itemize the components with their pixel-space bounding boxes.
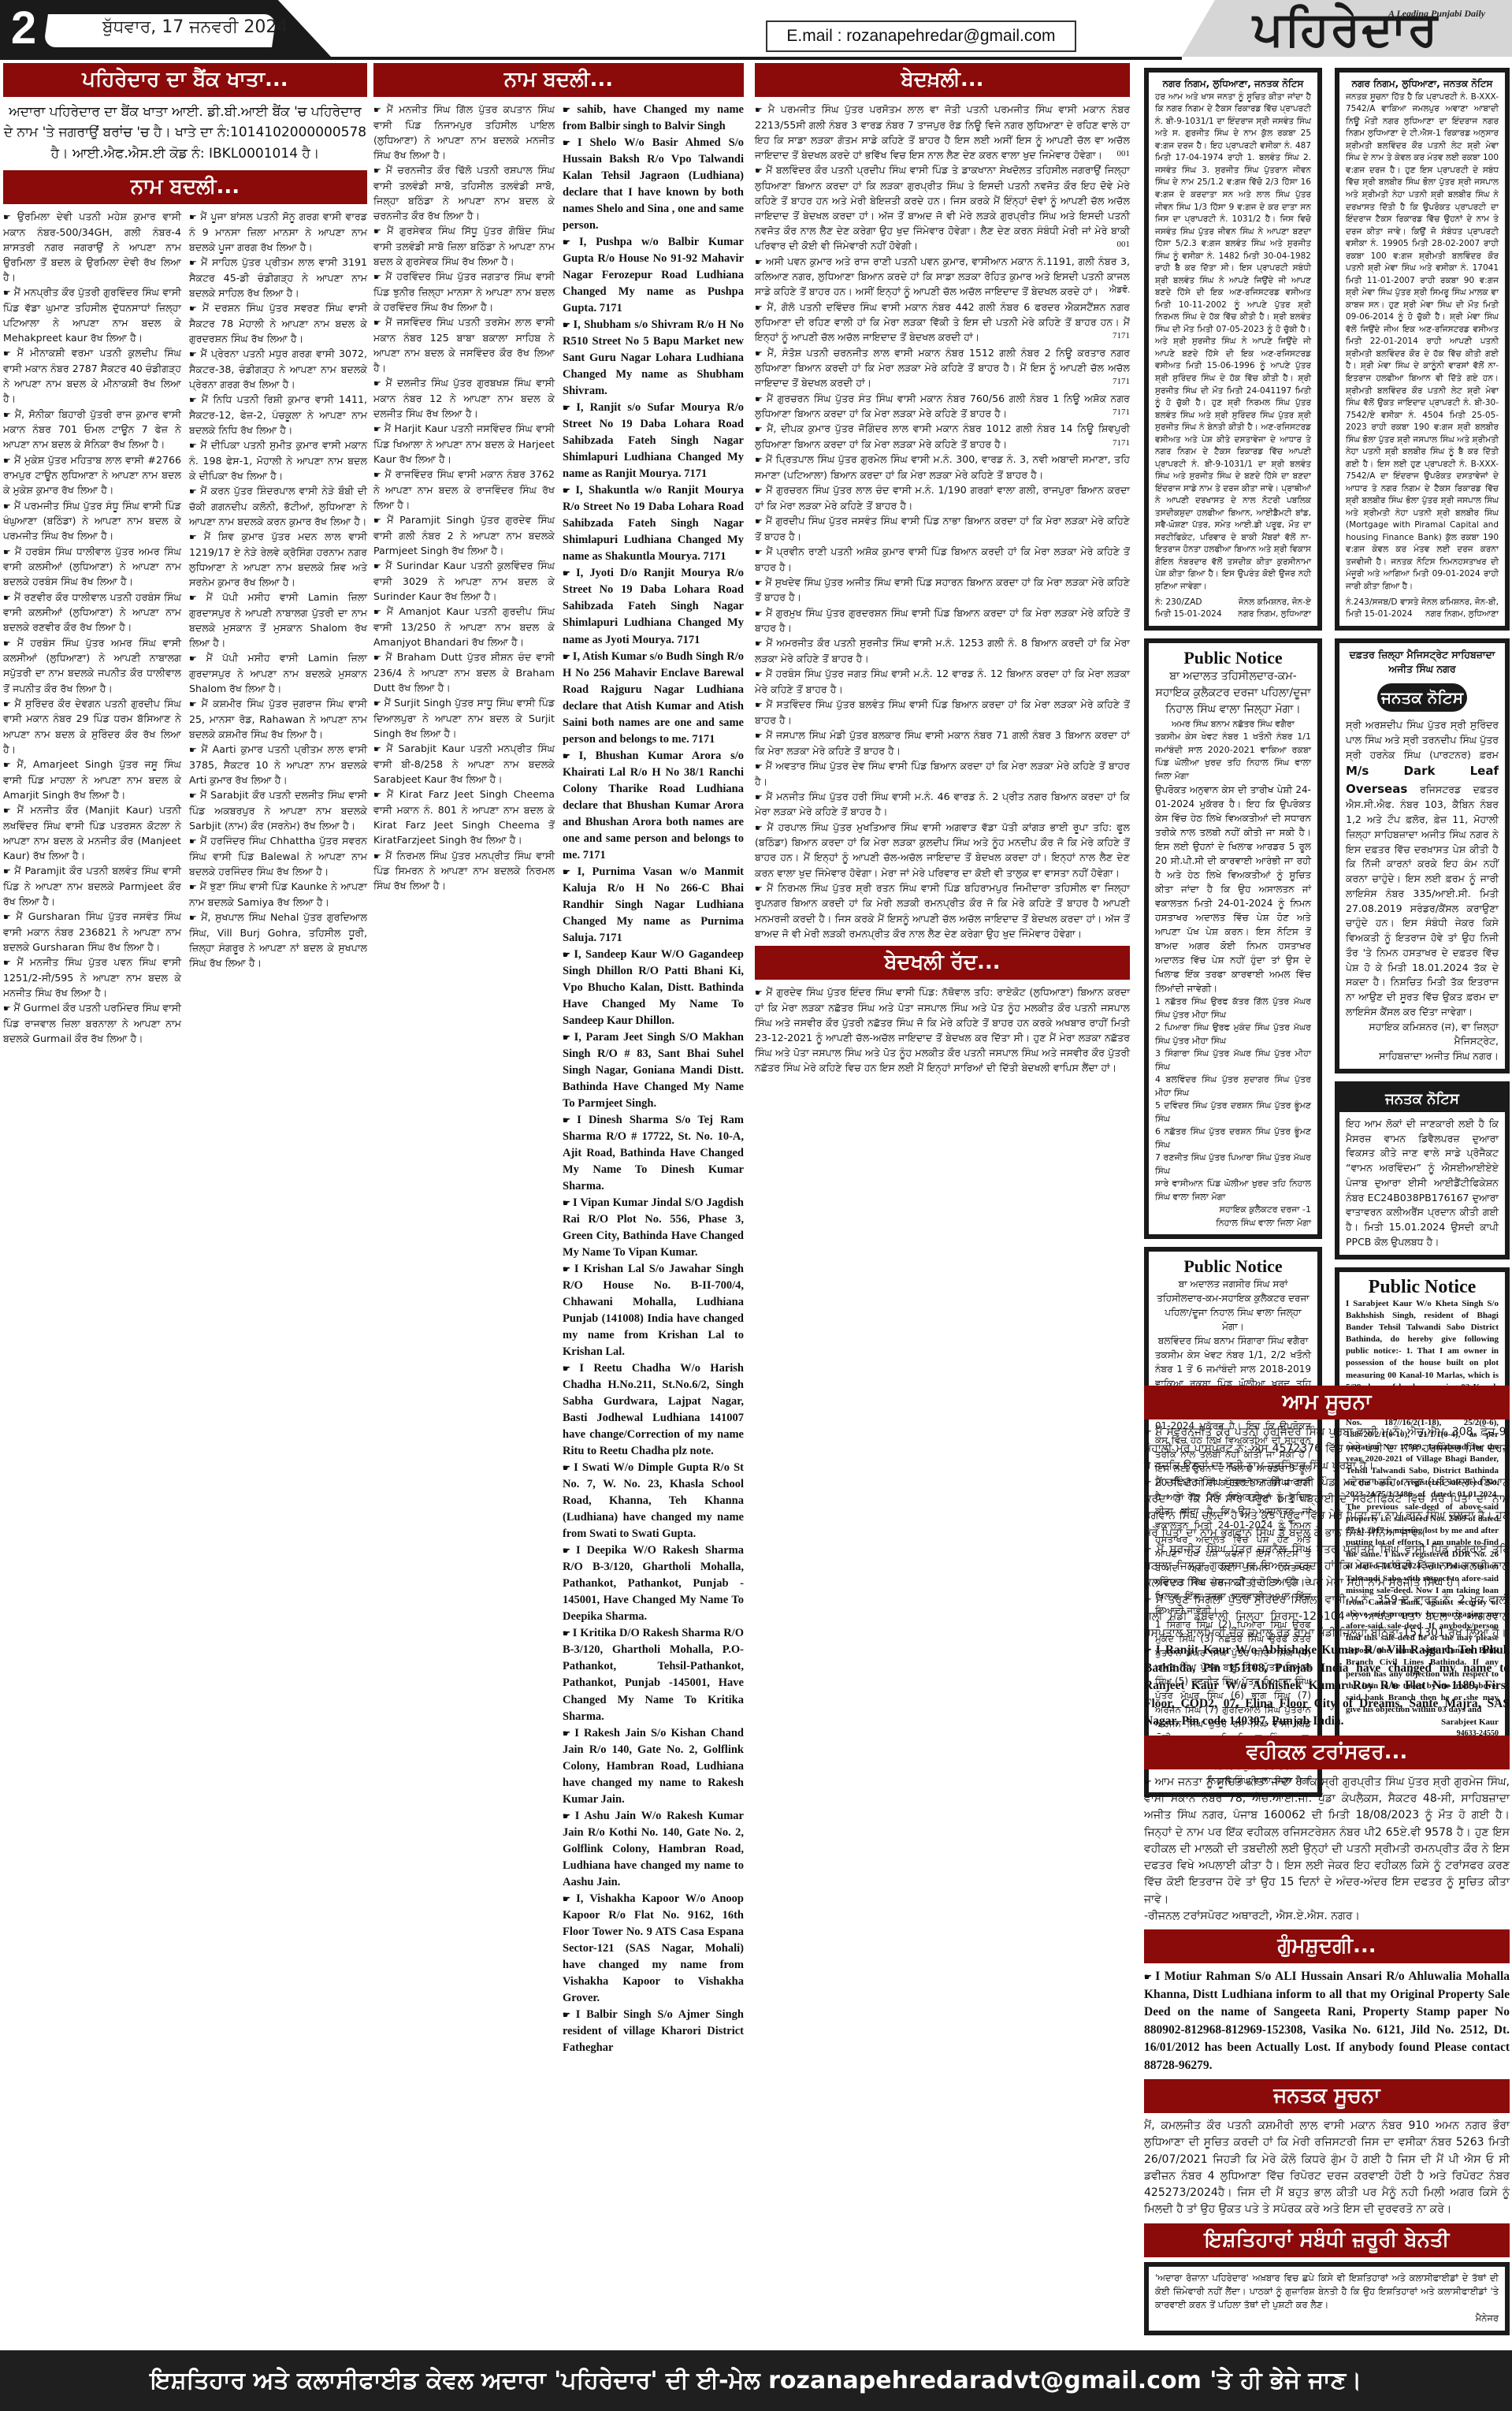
logo-tagline: A Leading Punjabi Daily: [1388, 8, 1485, 20]
entry-text: ਮੈਂ ਪ੍ਰਵੀਨ ਰਾਣੀ ਪਤਨੀ ਅਸ਼ੋਕ ਕੁਮਾਰ ਵਾਸੀ ਪਿ…: [755, 545, 1130, 573]
list-item: ☛ ਮੈਂ ਬਲਵਿੰਦਰ ਕੌਰ ਪਤਨੀ ਪ੍ਰਦੀਪ ਸਿੰਘ ਵਾਸੀ …: [755, 162, 1130, 253]
person-item: 4 ਬਲਵਿੰਦਰ ਸਿੰਘ ਪੁੱਤਰ ਸੁਦਾਗਰ ਸਿੰਘ ਪੁੱਤਰ ਮ…: [1155, 1073, 1311, 1099]
entry-text: ਮੈਂ ਅਮਰਜੀਤ ਕੌਰ ਪਤਨੀ ਸੁਰਜੀਤ ਸਿੰਘ ਵਾਸੀ ਮ.ਨ…: [755, 637, 1130, 664]
pointing-hand-icon: ☛: [373, 515, 387, 526]
list-item: ☛ I Krishan Lal S/o Jawahar Singh R/O Ho…: [563, 1261, 744, 1360]
entry-text: I Krishan Lal S/o Jawahar Singh R/O Hous…: [563, 1263, 744, 1358]
entry-text: ਮੈਂ, ਸੰਤੋਸ਼ ਪਤਨੀ ਚਰਨਜੀਤ ਲਾਲ ਵਾਸੀ ਮਕਾਨ ਨੰ…: [755, 347, 1130, 389]
entry-text: ਮੈਂ ਹਰਜਿੰਦਰ ਸਿੰਘ Chhattha ਪੁੱਤਰ ਸਵਰਨ ਸਿੰ…: [189, 835, 367, 877]
list-item: ☛ ਮੈਂ ਕਸ਼ਮੀਰ ਸਿੰਘ ਪੁੱਤਰ ਜੁਗਰਾਜ ਸਿੰਘ ਵਾਸੀ…: [189, 696, 367, 742]
pointing-hand-icon: ☛: [3, 958, 17, 968]
list-item: ☛ ਮੈ ਪਰਮਜੀਤ ਸਿੰਘ ਪੁੱਤਰ ਪਰਸੋਤਮ ਲਾਲ ਵਾ ਜੋਤ…: [755, 102, 1130, 162]
list-item: ☛ ਮੈਂ ਜਸਪਾਲ ਸਿੰਘ ਮੰਡੀ ਪੁੱਤਰ ਬਲਕਾਰ ਸਿੰਘ ਵ…: [755, 727, 1130, 758]
entry-text: ਮੈਂ ਮਨਪ੍ਰੀਤ ਕੌਰ ਪੁੱਤਰੀ ਗੁਰਵਿੰਦਰ ਸਿੰਘ ਵਾਸ…: [3, 286, 181, 344]
name-change-subcolumns: ☛ ਉਰਮਿਲਾ ਦੇਵੀ ਪਤਨੀ ਮਹੇਸ਼ ਕੁਮਾਰ ਵਾਸੀ ਮਕਾਨ…: [3, 209, 367, 1046]
list-item: ☛ ਮੈਂ ਮੀਨਾਕਸ਼ੀ ਵਰਮਾ ਪਤਨੀ ਕੁਲਦੀਪ ਸਿੰਘ ਵਾਸ…: [3, 345, 181, 406]
list-item: ☛ ਅਸੀ ਪਵਨ ਕੁਮਾਰ ਅਤੇ ਰਾਜ ਰਾਣੀ ਪਤਨੀ ਪਵਨ ਕੁ…: [755, 254, 1130, 300]
notice-title: Public Notice: [1155, 648, 1311, 668]
pointing-hand-icon: ☛: [755, 166, 766, 176]
pointing-hand-icon: ☛: [563, 139, 578, 148]
pointing-hand-icon: ☛: [563, 1812, 575, 1821]
notice-body: ਇਹ ਆਮ ਲੋਕਾਂ ਦੀ ਜਾਣਕਾਰੀ ਲਈ ਹੈ ਕਿ ਮੈਸਰਜ਼ ਵ…: [1346, 1117, 1499, 1250]
entry-text: ਮੈਂ ਮਨਜੀਤ ਸਿੰਘ ਪੁੱਤਰ ਪਵਨ ਸਿੰਘ ਵਾਸੀ 1251/…: [3, 956, 181, 999]
entry-text: ਮੈਂ ਹਰਵਿੰਦਰ ਸਿੰਘ ਪੁੱਤਰ ਜਗਤਾਰ ਸਿੰਘ ਵਾਸੀ ਪ…: [373, 270, 555, 313]
pointing-hand-icon: ☛: [3, 501, 14, 512]
entry-text: ਮੈਂ ਸੁਰਿੰਦਰ ਕੌਰ ਦੇਵਗਨ ਪਤਨੀ ਗੁਰਦੀਪ ਸਿੰਘ ਵ…: [3, 698, 181, 755]
pointing-hand-icon: ☛: [3, 547, 15, 557]
list-item: ☛ ਮੈਂ ਮਨਜੀਤ ਸਿੰਘ ਪੁੱਤਰ ਪਵਨ ਸਿੰਘ ਵਾਸੀ 125…: [3, 954, 181, 1000]
pointing-hand-icon: ☛: [373, 698, 385, 709]
ad-code: 001: [1117, 147, 1131, 161]
bank-account-heading: ਪਹਿਰੇਦਾਰ ਦਾ ਬੈਂਕ ਖਾਤਾ...: [3, 63, 367, 97]
pointing-hand-icon: ☛: [563, 1364, 579, 1374]
entry-text: ਮੈਂ ਸਵਰਨਜੀਤ ਕੌਰ ਪਤਨੀ ਹਰਜਿੰਦਰ ਸਿੰਘ ਪੁਰਬਾ …: [1144, 1426, 1510, 1472]
pointing-hand-icon: ☛: [189, 882, 200, 892]
pointing-hand-icon: ☛: [189, 395, 202, 405]
person-item: 3 ਸਿੰਗਾਰਾ ਸਿੰਘ ਪੁੱਤਰ ਮੱਘਰ ਸਿੰਘ ਪੁੱਤਰ ਮੀਹ…: [1155, 1047, 1311, 1073]
entry-text: I Vipan Kumar Jindal S/O Jagdish Rai R/O…: [563, 1196, 744, 1259]
list-item: ☛ ਮੈਂ ਸੁਰਿੰਦਰ ਕੌਰ ਦੇਵਗਨ ਪਤਨੀ ਗੁਰਦੀਪ ਸਿੰਘ…: [3, 696, 181, 757]
list-item: ☛ ਮੈਂ ਸੁਖਦੇਵ ਸਿੰਘ ਪੁੱਤਰ ਅਜੀਤ ਸਿੰਘ ਵਾਸੀ ਪ…: [755, 575, 1130, 605]
signatory-location: ਨਿਹਾਲ ਸਿੰਘ ਵਾਲਾ ਜਿਲਾ ਮੋਗਾ: [1155, 1217, 1311, 1230]
notice-title: ਨਗਰ ਨਿਗਮ, ਲੁਧਿਆਣਾ, ਜਨਤਕ ਨੋਟਿਸ: [1155, 77, 1311, 91]
list-item: ☛ I Swati W/o Dimple Gupta R/o St No. 7,…: [563, 1460, 744, 1542]
entry-text: ਮੈਂ Paramjit ਕੌਰ ਪਤਨੀ ਬਲਵੰਤ ਸਿੰਘ ਵਾਸੀ ਪਿ…: [3, 865, 181, 907]
pointing-hand-icon: ☛: [189, 532, 204, 542]
pointing-hand-icon: ☛: [563, 486, 575, 496]
list-item: ☛ ਮੈਂ Surjit Singh ਪੁੱਤਰ ਸਾਧੂ ਸਿੰਘ ਵਾਸੀ …: [373, 695, 555, 741]
list-item: ☛ ਮੈਂ Surindar Kaur ਪਤਨੀ ਕੁਲਵਿੰਦਰ ਸਿੰਘ ਵ…: [373, 558, 555, 604]
pointing-hand-icon: ☛: [373, 561, 385, 571]
pointing-hand-icon: ☛: [563, 1629, 573, 1639]
case-details: ਤਕਸੀਮ ਕੇਸ ਖੇਵਟ ਨੰਬਰ 1 ਖਤੌਨੀ ਨੰਬਰ 1/1 ਜਮਾ…: [1155, 731, 1311, 783]
pointing-hand-icon: ☛: [189, 303, 202, 314]
list-item: ☛ ਮੈਂ ਮਨਜੀਤ ਸਿੰਘ ਗਿੱਲ ਪੁੱਤਰ ਕਪਤਾਨ ਸਿੰਘ ਵ…: [373, 102, 555, 162]
notice-body: ਉਪਰੋਕਤ ਅਨੁਵਾਨ ਕੇਸ ਦੀ ਤਾਰੀਖ ਪੇਸ਼ੀ 24-01-2…: [1155, 783, 1311, 995]
pointing-hand-icon: ☛: [189, 699, 202, 709]
pointing-hand-icon: ☛: [1144, 1478, 1155, 1488]
entry-text: ਮੈਂ ਮਨਜੀਤ ਕੌਰ (Manjit Kaur) ਪਤਨੀ ਲਖਵਿੰਦਰ…: [3, 804, 181, 861]
pointing-hand-icon: ☛: [373, 607, 387, 617]
list-item: ☛ ਮੈਂ ਰਾਜਵਿੰਦਰ ਸਿੰਘ ਵਾਸੀ ਮਕਾਨ ਨੰਬਰ 3762 …: [373, 467, 555, 512]
name-change-left-list: ☛ ਉਰਮਿਲਾ ਦੇਵੀ ਪਤਨੀ ਮਹੇਸ਼ ਕੁਮਾਰ ਵਾਸੀ ਮਕਾਨ…: [3, 209, 181, 1046]
general-notice-list: ☛ ਮੈਂ ਸਵਰਨਜੀਤ ਕੌਰ ਪਤਨੀ ਹਰਜਿੰਦਰ ਸਿੰਘ ਪੁਰਬ…: [1144, 1424, 1510, 1642]
list-item: ☛ I Ashu Jain W/o Rakesh Kumar Jain R/o …: [563, 1808, 744, 1891]
list-item: ☛ I, Atish Kumar s/o Budh Singh R/o H No…: [563, 649, 744, 748]
list-item: ☛ ਮੈਂ ਅਮਰਜੀਤ ਕੌਰ ਪਤਨੀ ਸੁਰਜੀਤ ਸਿੰਘ ਵਾਸੀ ਮ…: [755, 635, 1130, 666]
notice-org: ਨਗਰ ਨਿਗਮ, ਲੁਧਿਆਣਾ: [1425, 608, 1499, 621]
pointing-hand-icon: ☛: [189, 791, 200, 801]
entry-text: ਮੈਂ ਹਰਬੰਸ ਸਿੰਘ ਧਾਲੀਵਾਲ ਪੁੱਤਰ ਅਮਰ ਸਿੰਘ ਵਾ…: [3, 545, 181, 588]
pointing-hand-icon: ☛: [755, 516, 766, 526]
entry-text: I Ashu Jain W/o Rakesh Kumar Jain R/o Ko…: [563, 1810, 744, 1888]
disinheritance-cancel-entry: ☛ ਮੈਂ ਗੁਰਦੇਵ ਸਿੰਘ ਪੁੱਤਰ ਇੰਦਰ ਸਿੰਘ ਵਾਸੀ ਪ…: [755, 984, 1130, 1075]
entry-text: ਮੈਂ ਬਲਵਿੰਦਰ ਕੌਰ ਪਤਨੀ ਪ੍ਰਦੀਪ ਸਿੰਘ ਵਾਸੀ ਪਿ…: [755, 164, 1130, 251]
list-item: ☛ ਮੈਂ ਪਰਮਜੀਤ ਸਿੰਘ ਪੁੱਤਰ ਸੰਧੂ ਸਿੰਘ ਵਾਸੀ ਪ…: [3, 498, 181, 544]
name-change-english-list: ☛ sahib, have Changed my name from Balbi…: [563, 102, 744, 2056]
entry-text: ਮੈਂ Sarabjit ਕੌਰ ਪਤਨੀ ਦਲਜੀਤ ਸਿੰਘ ਵਾਸੀ ਪਿ…: [189, 789, 367, 832]
case-parties: ਬਲਵਿੰਦਰ ਸਿੰਘ ਬਨਾਮ ਸਿੰਗਾਰਾ ਸਿੰਘ ਵਗੈਰਾ: [1155, 1334, 1311, 1348]
list-item: ☛ ਮੈਂ ਸੁਰਜੀਤ ਸਿੰਘ ਪੁੱਤਰ ਜਰਨੈਲ ਸਿੰਘ ਪੁੱਤਰ…: [1144, 1542, 1510, 1592]
person-item: 7 ਰਣਜੀਤ ਸਿੰਘ ਪੁੱਤਰ ਪਿਆਰਾ ਸਿੰਘ ਪੁੱਤਰ ਮੱਘਰ…: [1155, 1152, 1311, 1178]
pointing-hand-icon: ☛: [3, 699, 15, 709]
list-item: ☛ ਮੈਂ ਮਨਜੀਤ ਕੌਰ (Manjit Kaur) ਪਤਨੀ ਲਖਵਿੰ…: [3, 802, 181, 863]
entry-text: ਮੈਂ ਦਵਿੰਦਰ ਸਿੰਘ ਪੁੱਤਰ ਭਾਨ ਸਿੰਘ ਵਾਸੀ ਪਿੰਡ…: [1144, 1476, 1510, 1539]
general-notice-heading: ਆਮ ਸੂਚਨਾ: [1144, 1386, 1510, 1419]
list-item: ☛ I Rakesh Jain S/o Kishan Chand Jain R/…: [563, 1725, 744, 1808]
entry-text: ਮੈਂ ਸੁਖਦੇਵ ਸਿੰਘ ਪੁੱਤਰ ਅਜੀਤ ਸਿੰਘ ਵਾਸੀ ਪਿੰ…: [755, 576, 1130, 604]
pointing-hand-icon: ☛: [755, 303, 767, 313]
pointing-hand-icon: ☛: [1144, 1777, 1155, 1788]
notice-body-a: ਸ੍ਰੀ ਅਰਸ਼ਦੀਪ ਸਿੰਘ ਪੁੱਤਰ ਸ੍ਰੀ ਸੁਰਿੰਦਰ ਪਾਲ…: [1346, 719, 1499, 761]
entry-text: ਮੈਂ ਦੀਪਿਕਾ ਪਤਨੀ ਸੁਮੀਤ ਕੁਮਾਰ ਵਾਸੀ ਮਕਾਨ ਨੰ…: [189, 439, 367, 482]
list-item: ☛ ਮੈਂ Sarabjit ਕੌਰ ਪਤਨੀ ਦਲਜੀਤ ਸਿੰਘ ਵਾਸੀ …: [189, 787, 367, 833]
notice-date: ਮਿਤੀ 15-01-2024: [1155, 608, 1222, 621]
ad-code: 7171: [1113, 329, 1130, 343]
pointing-hand-icon: ☛: [563, 404, 576, 413]
name-change-right-list: ☛ ਮੈਂ ਪੂਜਾ ਬਾਂਸਲ ਪਤਨੀ ਸੋਨੂ ਗਰਗ ਵਾਸੀ ਵਾਰਡ…: [189, 209, 367, 1046]
list-item: ☛ ਮੈਂ ਦਲਜੀਤ ਸਿੰਘ ਪੁੱਤਰ ਗੁਰਬਖਸ਼ ਸਿੰਘ ਵਾਸੀ…: [373, 375, 555, 421]
list-item: ☛ ਮੈਂ ਦਵਿੰਦਰ ਸਿੰਘ ਪੁੱਤਰ ਭਾਨ ਸਿੰਘ ਵਾਸੀ ਪਿ…: [1144, 1475, 1510, 1542]
column-name-change: ਨਾਮ ਬਦਲੀ... ☛ ਮੈਂ ਮਨਜੀਤ ਸਿੰਘ ਗਿੱਲ ਪੁੱਤਰ …: [373, 63, 744, 2056]
pointing-hand-icon: ☛: [563, 2011, 576, 2020]
name-change-2-subcolumns: ☛ ਮੈਂ ਮਨਜੀਤ ਸਿੰਘ ਗਿੱਲ ਪੁੱਤਰ ਕਪਤਾਨ ਸਿੰਘ ਵ…: [373, 102, 744, 2056]
entry-text: ਮੈਂ Sarabjit Kaur ਪਤਨੀ ਮਨਪ੍ਰੀਤ ਸਿੰਘ ਵਾਸੀ…: [373, 742, 555, 785]
pointing-hand-icon: ☛: [755, 578, 765, 588]
entry-text: ਮੈਂ ਗੁਰਚਰਨ ਸਿੰਘ ਪੁੱਤਰ ਸੰਤ ਸਿੰਘ ਵਾਸੀ ਮਕਾਨ…: [755, 393, 1130, 420]
entry-text: I Deepika W/O Rakesh Sharma R/O B-3/120,…: [563, 1544, 744, 1623]
court-public-notice-1: Public Notice ਬਾ ਅਦਾਲਤ ਤਹਿਸੀਲਦਾਰ-ਕਮ-ਸਹਾਇ…: [1144, 638, 1322, 1240]
pointing-hand-icon: ☛: [755, 257, 766, 267]
entry-text: ਮੈਂ ਸਾਹਿਲ ਪੁੱਤਰ ਪ੍ਰੀਤਮ ਲਾਲ ਵਾਸੀ 3191 ਸੈਕ…: [189, 256, 367, 299]
list-item: ☛ ਉਰਮਿਲਾ ਦੇਵੀ ਪਤਨੀ ਮਹੇਸ਼ ਕੁਮਾਰ ਵਾਸੀ ਮਕਾਨ…: [3, 209, 181, 285]
ad-code: 001: [1117, 238, 1131, 251]
entry-text: ਮੈਂ ਮਨਜੀਤ ਸਿੰਘ ਗਿੱਲ ਪੁੱਤਰ ਕਪਤਾਨ ਸਿੰਘ ਵਾਸ…: [373, 103, 555, 161]
pointing-hand-icon: ☛: [755, 731, 766, 741]
list-item: ☛ I, Ranjit s/o Sufar Mourya R/o Street …: [563, 400, 744, 482]
entry-text: I, Shubham s/o Shivram R/o H No R510 Str…: [563, 318, 744, 397]
pointing-hand-icon: ☛: [373, 653, 385, 663]
notice-ref: ਨੰ: 230/ZAD: [1155, 597, 1202, 609]
list-item: ☛ ਮੈਂ ਮੁਕੇਸ਼ ਪੁੱਤਰ ਮਹਿਤਾਬ ਲਾਲ ਵਾਸੀ #2766…: [3, 452, 181, 498]
signatory-title: ਸਹਾਇਕ ਕੁਲੈਕਟਰ ਦਰਜਾ -1: [1155, 1204, 1311, 1217]
entry-text: ਮੈਂ ਗੁਰਚਰਨ ਸਿੰਘ ਪੁੱਤਰ ਲਾਲ ਚੰਦ ਵਾਸੀ ਮ.ਨੰ.…: [755, 484, 1130, 512]
list-item: ☛ ਮੈਂ ਗੁਰਚਰਨ ਸਿੰਘ ਪੁੱਤਰ ਲਾਲ ਚੰਦ ਵਾਸੀ ਮ.ਨ…: [755, 482, 1130, 513]
pointing-hand-icon: ☛: [755, 105, 768, 115]
entry-text: ਮੈਂ ਗੁਰਦੀਪ ਸਿੰਘ ਪੁੱਤਰ ਜਸਵੰਤ ਸਿੰਘ ਵਾਸੀ ਪਿ…: [755, 515, 1130, 542]
pointing-hand-icon: ☛: [189, 486, 200, 497]
list-item: ☛ I, Pushpa w/o Balbir Kumar Gupta R/o H…: [563, 234, 744, 317]
pointing-hand-icon: ☛: [1144, 1646, 1156, 1656]
pointing-hand-icon: ☛: [755, 638, 766, 649]
list-item: ☛ ਮੈਂ ਅਵਤਾਰ ਸਿੰਘ ਪੁੱਤਰ ਦੇਵ ਸਿੰਘ ਵਾਸੀ ਪਿੰ…: [755, 758, 1130, 789]
general-notice-english-entry: ☛ I Ranjit Kaur W/o Abhishake Kumar R/o …: [1144, 1642, 1510, 1730]
notice-bar-title: ਜਨਤਕ ਨੋਟਿਸ: [1339, 1086, 1505, 1112]
entry-text: ਮੈਂ, ਦੀਪਕ ਕੁਮਾਰ ਪੁੱਤਰ ਜੋਗਿੰਦਰ ਲਾਲ ਵਾਸੀ ਮ…: [755, 422, 1130, 450]
entry-text: I, Purnima Vasan w/o Manmit Kaluja R/o H…: [563, 865, 744, 944]
vehicle-transfer-signatory: -ਰੀਜਨਲ ਟਰਾਂਸਪੋਰਟ ਅਥਾਰਟੀ, ਐਸ.ਏ.ਐਸ. ਨਗਰ।: [1144, 1908, 1510, 1925]
entry-text: ਮੈਂ ਸੁਰਜੀਤ ਸਿੰਘ ਪੁੱਤਰ ਜਰਨੈਲ ਸਿੰਘ ਪੁੱਤਰ ਪ…: [1144, 1543, 1510, 1590]
entry-text: ਮੈਂ, ਸੋਨੀਕਾ ਬਿਹਾਰੀ ਪੁੱਤਰੀ ਰਾਜ ਕੁਮਾਰ ਵਾਸੀ…: [3, 408, 181, 451]
list-item: ☛ ਮੈਂ ਨਿਧਿ ਪਤਨੀ ਰਿਸ਼ੀ ਕੁਮਾਰ ਵਾਸੀ 1411, ਸ…: [189, 392, 367, 437]
list-item: ☛ ਮੈਂ ਸਵਰਨਜੀਤ ਕੌਰ ਪਤਨੀ ਹਰਜਿੰਦਰ ਸਿੰਘ ਪੁਰਬ…: [1144, 1424, 1510, 1475]
list-item: ☛ ਮੈਂ ਪ੍ਰਿਤਪਾਲ ਸਿੰਘ ਪੁੱਤਰ ਗੁਰਮੇਲ ਸਿੰਘ ਵਾ…: [755, 452, 1130, 482]
missing-heading: ਗੁੰਮਸ਼ੁਦਗੀ...: [1144, 1929, 1510, 1963]
pointing-hand-icon: ☛: [3, 866, 14, 876]
notice-body: ਜਨਤਕ ਸੂਚਨਾ ਹਿੱਤ ਹੈ ਕਿ ਪ੍ਰਾਪਰਟੀ ਨੰ. B-XXX…: [1346, 91, 1499, 593]
entry-text: ਮੈਂ ਕਸ਼ਮੀਰ ਸਿੰਘ ਪੁੱਤਰ ਜੁਗਰਾਜ ਸਿੰਘ ਵਾਸੀ 2…: [189, 698, 367, 740]
list-item: ☛ ਮੈਂ ਰਣਵੀਰ ਕੌਰ ਧਾਲੀਵਾਲ ਪਤਨੀ ਹਰਬੰਸ ਸਿੰਘ …: [3, 590, 181, 635]
entry-text: ਮੈਂ ਦਲਜੀਤ ਸਿੰਘ ਪੁੱਤਰ ਗੁਰਬਖਸ਼ ਸਿੰਘ ਵਾਸੀ ਮ…: [373, 377, 555, 419]
entry-text: ਮੈਂ ਰਣਵੀਰ ਕੌਰ ਧਾਲੀਵਾਲ ਪਤਨੀ ਹਰਬੰਸ ਸਿੰਘ ਵਾ…: [3, 591, 181, 634]
entry-text: ਮੈਂ ਪੱਪੀ ਮਸੀਹ ਵਾਸੀ Lamin ਜ਼ਿਲਾ ਗੁਰਦਾਸਪੁਰ…: [189, 652, 367, 694]
pointing-hand-icon: ☛: [373, 166, 386, 176]
ads-request-signatory: ਮੈਨੇਜਰ: [1155, 2312, 1499, 2325]
footer-banner: ਇਸ਼ਤਿਹਾਰ ਅਤੇ ਕਲਾਸੀਫਾਈਡ ਕੇਵਲ ਅਦਾਰਾ 'ਪਹਿਰੇ…: [0, 2350, 1512, 2411]
pointing-hand-icon: ☛: [755, 424, 767, 434]
entry-text: ਮੈਂ Amanjot Kaur ਪਤਨੀ ਗੁਰਦੀਪ ਸਿੰਘ ਵਾਸੀ 1…: [373, 605, 555, 648]
entry-text: ਮੈਂ Surjit Singh ਪੁੱਤਰ ਸਾਧੂ ਸਿੰਘ ਵਾਸੀ ਪਿ…: [373, 697, 555, 739]
pointing-hand-icon: ☛: [563, 653, 573, 662]
entry-text: I Ranjit Kaur W/o Abhishake Kumar R/o Vi…: [1144, 1643, 1510, 1728]
list-item: ☛ I Vipan Kumar Jindal S/O Jagdish Rai R…: [563, 1195, 744, 1261]
entry-text: ਮੈਂ, Amarjeet Singh ਪੁੱਤਰ ਜਸੂ ਸਿੰਘ ਵਾਸੀ …: [3, 758, 181, 801]
entry-text: ਮੈਂ Gurmel ਕੌਰ ਪਤਨੀ ਪਰਮਿੰਦਰ ਸਿੰਘ ਵਾਸੀ ਪਿ…: [3, 1002, 181, 1044]
entry-text: ਮੈਂ ਰਾਜਵਿੰਦਰ ਸਿੰਘ ਵਾਸੀ ਮਕਾਨ ਨੰਬਰ 3762 ਨੇ…: [373, 468, 555, 511]
entry-text: ਮੈਂ ਗੁਰਮੁਖ ਸਿੰਘ ਪੁੱਤਰ ਗੁਰਦਰਸ਼ਨ ਸਿੰਘ ਵਾਸੀ…: [755, 607, 1130, 634]
entry-text: ਮੈਂ ਸਤਵਿੰਦਰ ਸਿੰਘ ਪੁੱਤਰ ਬਲਵੰਤ ਸਿੰਘ ਵਾਸੀ ਪ…: [755, 698, 1130, 726]
pointing-hand-icon: ☛: [755, 547, 766, 557]
pointing-hand-icon: ☛: [3, 638, 17, 649]
entry-text: I Kritika D/O Rakesh Sharma R/O B-3/120,…: [563, 1627, 744, 1722]
entry-text: ਮੈਂ ਜਸਪਾਲ ਸਿੰਘ ਮੰਡੀ ਪੁੱਤਰ ਬਲਕਾਰ ਸਿੰਘ ਵਾਸ…: [755, 729, 1130, 757]
entry-text: ਮੈਂ ਪਰਮਜੀਤ ਸਿੰਘ ਪੁੱਤਰ ਸੰਧੂ ਸਿੰਘ ਵਾਸੀ ਪਿੰ…: [3, 500, 181, 542]
court-name: ਬਾ ਅਦਾਲਤ ਜਗਸੀਰ ਸਿੰਘ ਸਰਾਂ ਤਹਿਸੀਲਦਾਰ-ਕਮ-ਸਹ…: [1155, 1277, 1311, 1334]
case-parties: ਅਮਰ ਸਿੰਘ ਬਨਾਮ ਨਛੱਤਰ ਸਿੰਘ ਵਗੈਰਾ: [1155, 718, 1311, 731]
entry-text: I, Ranjit s/o Sufar Mourya R/o Street No…: [563, 401, 744, 480]
list-item: ☛ I, Vishakha Kapoor W/o Anoop Kapoor R/…: [563, 1891, 744, 2007]
list-item: ☛ ਮੈਂ ਸ਼ਿਵ ਕੁਮਾਰ ਪੁੱਤਰ ਮਦਨ ਲਾਲ ਵਾਸੀ 1219…: [189, 529, 367, 590]
entry-text: ਮੈਂ Gursharan ਸਿੰਘ ਪੁੱਤਰ ਜਸਵੰਤ ਸਿੰਘ ਵਾਸੀ…: [3, 910, 181, 953]
pointing-hand-icon: ☛: [3, 456, 14, 466]
entry-text: ਮੈਂ ਤਰੁਣ ਸਿੰਗਲਾ ਪੁੱਤਰ ਸੁਰਿੰਦਰ ਸਿੰਗਲਾ ਵਾਸ…: [1144, 1594, 1510, 1640]
list-item: ☛ ਮੈਂ ਪ੍ਰਵੀਨ ਰਾਣੀ ਪਤਨੀ ਅਸ਼ੋਕ ਕੁਮਾਰ ਵਾਸੀ …: [755, 544, 1130, 575]
list-item: ☛ ਮੈਂ ਗੁਰਦੀਪ ਸਿੰਘ ਪੁੱਤਰ ਜਸਵੰਤ ਸਿੰਘ ਵਾਸੀ …: [755, 513, 1130, 544]
list-item: ☛ I, Bhushan Kumar Arora s/o Khairati La…: [563, 748, 744, 864]
pointing-hand-icon: ☛: [189, 212, 200, 222]
entry-text: ਮੈਂ ਮੀਨਾਕਸ਼ੀ ਵਰਮਾ ਪਤਨੀ ਕੁਲਦੀਪ ਸਿੰਘ ਵਾਸੀ …: [3, 347, 181, 404]
entry-text: ਮੈਂ ਹਰਪਾਲ ਸਿੰਘ ਪੁੱਤਰ ਮੁਖਤਿਆਰ ਸਿੰਘ ਵਾਸੀ ਅ…: [755, 821, 1130, 879]
pointing-hand-icon: ☛: [563, 752, 579, 761]
list-item: ☛ ਮੈਂ ਹਰਬੰਸ ਸਿੰਘ ਪੁੱਤਰ ਅਮਰ ਸਿੰਘ ਵਾਸੀ ਕਲਸ…: [3, 635, 181, 696]
entry-text: ਮੈਂ ਨਿਰਮਲ ਸਿੰਘ ਪੁੱਤਰ ਸ਼੍ਰੀ ਰਤਨ ਸਿੰਘ ਵਾਸੀ…: [755, 882, 1130, 939]
entry-text: I, Param Jeet Singh S/O Makhan Singh R/O…: [563, 1031, 744, 1110]
entry-text: ਉਰਮਿਲਾ ਦੇਵੀ ਪਤਨੀ ਮਹੇਸ਼ ਕੁਮਾਰ ਵਾਸੀ ਮਕਾਨ ਨ…: [3, 210, 181, 283]
list-item: ☛ ਮੈਂ ਝੁਣਾ ਸਿੰਘ ਵਾਸੀ ਪਿੰਡ Kaunke ਨੇ ਆਪਣਾ…: [189, 879, 367, 910]
issue-date: ਬੁੱਧਵਾਰ, 17 ਜਨਵਰੀ 2024: [102, 17, 288, 37]
entry-text: I Balbir Singh S/o Ajmer Singh resident …: [563, 2008, 744, 2054]
list-item: ☛ ਮੈਂ ਜਸਵਿੰਦਰ ਸਿੰਘ ਪਤਨੀ ਤਰਸੇਮ ਲਾਲ ਵਾਸੀ ਮ…: [373, 314, 555, 375]
pointing-hand-icon: ☛: [3, 212, 17, 222]
entry-text: I, Atish Kumar s/o Budh Singh R/o H No 2…: [563, 650, 744, 746]
entry-text: I, Sandeep Kaur W/O Gagandeep Singh Dhil…: [563, 948, 744, 1027]
pointing-hand-icon: ☛: [563, 1033, 574, 1043]
disinheritance-cancel-heading: ਬੇਦਖਲੀ ਰੱਦ...: [755, 946, 1130, 980]
pointing-hand-icon: ☛: [3, 806, 17, 816]
entry-text: ਮੈਂ Aarti ਕੁਮਾਰ ਪਤਨੀ ਪ੍ਰੀਤਮ ਲਾਲ ਵਾਸੀ 378…: [189, 743, 367, 786]
persons-list: 1 ਨਛੱਤਰ ਸਿੰਘ ਉਰਫ ਕੱਤਰ ਗਿੱਲ ਪੁੱਤਰ ਮੱਘਰ ਸਿ…: [1155, 995, 1311, 1204]
disinheritance-heading: ਬੇਦਖ਼ਲੀ...: [755, 63, 1130, 97]
pointing-hand-icon: ☛: [563, 238, 579, 247]
pointing-hand-icon: ☛: [563, 1116, 577, 1126]
entry-text: ਮੈਂ Harjit Kaur ਪਤਨੀ ਜਸਵਿੰਦਰ ਸਿੰਘ ਵਾਸੀ ਪ…: [373, 422, 555, 465]
notice-officer: ਜੋਨਲ ਕਮਿਸ਼ਨਰ, ਜੋਨ-ਏ: [1239, 597, 1311, 609]
entry-text: ਮੈਂ ਹਰਬੰਸ ਸਿੰਘ ਪੁੱਤਰ ਅਮਰ ਸਿੰਘ ਵਾਸੀ ਕਲਸੀਆ…: [3, 637, 181, 694]
pointing-hand-icon: ☛: [373, 790, 387, 800]
entry-text: I, Shakuntla w/o Ranjit Mourya R/o Stree…: [563, 484, 744, 563]
pointing-hand-icon: ☛: [373, 851, 385, 861]
ads-request-body: 'ਅਦਾਰਾ ਰੋਜ਼ਾਨਾ ਪਹਿਰੇਦਾਰ' ਅਖ਼ਬਾਰ ਵਿਚ ਛਪੇ …: [1155, 2271, 1499, 2312]
pointing-hand-icon: ☛: [3, 1003, 13, 1014]
notice-body-b: ਰਜਿਸਟਰਡ ਦਫ਼ਤਰ ਐਸ.ਸੀ.ਐਫ. ਨੰਬਰ 103, ਕੈਬਿਨ …: [1346, 783, 1499, 1018]
court-name: ਬਾ ਅਦਾਲਤ ਤਹਿਸੀਲਦਾਰ-ਕਮ-ਸਹਾਇਕ ਕੁਲੈਕਟਰ ਦਰਜਾ…: [1155, 668, 1311, 718]
name-change-punjabi-list: ☛ ਮੈਂ ਮਨਜੀਤ ਸਿੰਘ ਗਿੱਲ ਪੁੱਤਰ ਕਪਤਾਨ ਸਿੰਘ ਵ…: [373, 102, 555, 2056]
pointing-hand-icon: ☛: [755, 669, 766, 679]
ad-code: 7171: [1113, 406, 1130, 419]
list-item: ☛ ਮੈਂ ਚਰਨਜੀਤ ਕੌਰ ਢਿੱਲੋ ਪਤਨੀ ਰਸ਼ਪਾਲ ਸਿੰਘ …: [373, 162, 555, 223]
entry-text: ਮੈਂ ਮਨਜੀਤ ਸਿੰਘ ਪੁੱਤਰ ਹਰੀ ਸਿੰਘ ਵਾਸੀ ਮ.ਨੰ.…: [755, 791, 1130, 818]
ads-request-heading: ਇਸ਼ਤਿਹਾਰਾਂ ਸਬੰਧੀ ਜ਼ਰੂਰੀ ਬੇਨਤੀ: [1144, 2223, 1510, 2257]
entry-text: ਮੈਂ Paramjit Singh ਪੁੱਤਰ ਗੁਰਦੇਵ ਸਿੰਘ ਵਾਸ…: [373, 514, 555, 556]
masthead: 2 ਬੁੱਧਵਾਰ, 17 ਜਨਵਰੀ 2024 E.mail : rozana…: [0, 0, 1512, 57]
pointing-hand-icon: ☛: [373, 318, 385, 328]
entry-text: ਮੈਂ ਪੱਪੀ ਮਸੀਹ ਵਾਸੀ Lamin ਜ਼ਿਲਾ ਗੁਰਦਾਸਪੁਰ…: [189, 591, 367, 649]
list-item: ☛ ਮੈਂ, ਸੋਨੀਕਾ ਬਿਹਾਰੀ ਪੁੱਤਰੀ ਰਾਜ ਕੁਮਾਰ ਵਾ…: [3, 407, 181, 452]
person-item: 6 ਨਛੱਤਰ ਸਿੰਘ ਪੁੱਤਰ ਦਰਸ਼ਨ ਸਿੰਘ ਪੁੱਤਰ ਭੂੰਮ…: [1155, 1126, 1311, 1152]
municipal-notice-1: ਨਗਰ ਨਿਗਮ, ਲੁਧਿਆਣਾ, ਜਨਤਕ ਨੋਟਿਸ ਹਰ ਆਮ ਅਤੇ …: [1144, 68, 1322, 631]
notice-officer: ਵਾਸਤੇ ਜੋਨਲ ਕਮਿਸ਼ਨਰ, ਜੋਨ-ਬੀ,: [1400, 597, 1499, 609]
notice-title: Public Notice: [1346, 1277, 1499, 1298]
list-item: ☛ I, Shakuntla w/o Ranjit Mourya R/o Str…: [563, 482, 744, 565]
entry-text: ਮੈਂ ਚਰਨਜੀਤ ਕੌਰ ਢਿੱਲੋ ਪਤਨੀ ਰਸ਼ਪਾਲ ਸਿੰਘ ਵਾ…: [373, 164, 555, 221]
list-item: ☛ I, Purnima Vasan w/o Manmit Kaluja R/o…: [563, 864, 744, 947]
pointing-hand-icon: ☛: [563, 1464, 574, 1473]
entry-text: ਮੈਂ ਪੂਜਾ ਬਾਂਸਲ ਪਤਨੀ ਸੋਨੂ ਗਰਗ ਵਾਸੀ ਵਾਰਡ ਨ…: [189, 210, 367, 253]
pointing-hand-icon: ☛: [3, 288, 14, 298]
list-item: ☛ ਮੈਂ ਗੁਰਸੇਵਕ ਸਿੰਘ ਸਿੱਧੂ ਪੁੱਤਰ ਗੋਬਿੰਦ ਸਿ…: [373, 223, 555, 269]
pointing-hand-icon: ☛: [755, 394, 767, 404]
list-item: ☛ ਮੈਂ ਸਤਵਿੰਦਰ ਸਿੰਘ ਪੁੱਤਰ ਬਲਵੰਤ ਸਿੰਘ ਵਾਸੀ…: [755, 697, 1130, 727]
pointing-hand-icon: ☛: [755, 884, 767, 894]
entry-text: I, Vishakha Kapoor W/o Anoop Kapoor R/o …: [563, 1892, 744, 2004]
pointing-hand-icon: ☛: [755, 486, 766, 496]
notice-date: ਮਿਤੀ 15-01-2024: [1346, 608, 1413, 621]
pointing-hand-icon: ☛: [563, 106, 577, 115]
entry-text: ਮੈਂ ਦਰਸ਼ਨ ਸਿੰਘ ਪੁੱਤਰ ਸਵਰਣ ਸਿੰਘ ਵਾਸੀ ਸੈਕਟ…: [189, 302, 367, 344]
list-item: ☛ ਮੈਂ Kirat Farz Jeet Singh Cheema ਵਾਸੀ …: [373, 787, 555, 847]
pointing-hand-icon: ☛: [1144, 1973, 1155, 1982]
entry-text: ਮੈਂ ਝੁਣਾ ਸਿੰਘ ਵਾਸੀ ਪਿੰਡ Kaunke ਨੇ ਆਪਣਾ ਨ…: [189, 880, 367, 908]
list-item: ☛ ਮੈਂ ਹਰਪਾਲ ਸਿੰਘ ਪੁੱਤਰ ਮੁਖਤਿਆਰ ਸਿੰਘ ਵਾਸੀ…: [755, 820, 1130, 880]
pointing-hand-icon: ☛: [563, 1199, 573, 1208]
environment-clearance-notice: ਜਨਤਕ ਨੋਟਿਸ ਇਹ ਆਮ ਲੋਕਾਂ ਦੀ ਜਾਣਕਾਰੀ ਲਈ ਹੈ …: [1335, 1081, 1510, 1259]
pointing-hand-icon: ☛: [755, 792, 766, 802]
entry-text: ਮੈਂ ਜਸਵਿੰਦਰ ਸਿੰਘ ਪਤਨੀ ਤਰਸੇਮ ਲਾਲ ਵਾਸੀ ਮਕਾ…: [373, 316, 555, 374]
entry-text: ਮੈਂ Kirat Farz Jeet Singh Cheema ਵਾਸੀ ਮਕ…: [373, 788, 555, 846]
entry-text: ਮੈਂ, ਗੋਲੋ ਪਤਨੀ ਦਵਿੰਦਰ ਸਿੰਘ ਵਾਸੀ ਮਕਾਨ ਨੰਬ…: [755, 301, 1130, 344]
entry-text: ਮੈਂ ਗੁਰਦੇਵ ਸਿੰਘ ਪੁੱਤਰ ਇੰਦਰ ਸਿੰਘ ਵਾਸੀ ਪਿੰ…: [755, 986, 1130, 1073]
list-item: ☛ I, Param Jeet Singh S/O Makhan Singh R…: [563, 1029, 744, 1112]
list-item: ☛ ਮੈਂ, ਸੰਤੋਸ਼ ਪਤਨੀ ਚਰਨਜੀਤ ਲਾਲ ਵਾਸੀ ਮਕਾਨ …: [755, 345, 1130, 391]
column-disinheritance: ਬੇਦਖ਼ਲੀ... ☛ ਮੈ ਪਰਮਜੀਤ ਸਿੰਘ ਪੁੱਤਰ ਪਰਸੋਤਮ…: [755, 63, 1130, 1075]
bank-account-text: ਅਦਾਰਾ ਪਹਿਰੇਦਾਰ ਦਾ ਬੈਂਕ ਖਾਤਾ ਆਈ. ਡੀ.ਬੀ.ਆਈ…: [3, 102, 367, 164]
list-item: ☛ I Shelo W/o Basir Ahmed S/o Hussain Ba…: [563, 135, 744, 234]
pointing-hand-icon: ☛: [563, 951, 574, 960]
notice-title: ਨਗਰ ਨਿਗਮ, ਲੁਧਿਆਣਾ, ਜਨਤਕ ਨੋਟਿਸ: [1346, 77, 1499, 91]
pointing-hand-icon: ☛: [755, 348, 767, 359]
entry-text: ਮੈਂ ਨਿਧਿ ਪਤਨੀ ਰਿਸ਼ੀ ਕੁਮਾਰ ਵਾਸੀ 1411, ਸੈਕ…: [189, 393, 367, 436]
list-item: ☛ I Deepika W/O Rakesh Sharma R/O B-3/12…: [563, 1542, 744, 1625]
pointing-hand-icon: ☛: [373, 226, 387, 236]
entry-text: I Dinesh Sharma S/o Tej Ram Sharma R/O #…: [563, 1114, 744, 1192]
pointing-hand-icon: ☛: [563, 569, 576, 579]
list-item: ☛ I, Shubham s/o Shivram R/o H No R510 S…: [563, 317, 744, 400]
pointing-hand-icon: ☛: [3, 410, 15, 420]
entry-text: ਮੈਂ ਨਿਰਮਲ ਸਿੰਘ ਪੁੱਤਰ ਮਨਪ੍ਰੀਤ ਸਿੰਘ ਵਾਸੀ ਪ…: [373, 850, 555, 892]
ad-code: 7171: [1113, 375, 1130, 389]
list-item: ☛ ਮੈਂ Gursharan ਸਿੰਘ ਪੁੱਤਰ ਜਸਵੰਤ ਸਿੰਘ ਵਾ…: [3, 909, 181, 954]
entry-text: ਮੈਂ ਹਰਬੰਸ ਸਿੰਘ ਪੁੱਤਰ ਜਗਤ ਸਿੰਘ ਵਾਸੀ ਮ.ਨੰ.…: [755, 668, 1130, 695]
pointing-hand-icon: ☛: [3, 593, 14, 603]
vehicle-transfer-heading: ਵਹੀਕਲ ਟਰਾਂਸਫਰ...: [1144, 1736, 1510, 1769]
list-item: ☛ ਮੈਂ ਹਰਬੰਸ ਸਿੰਘ ਧਾਲੀਵਾਲ ਪੁੱਤਰ ਅਮਰ ਸਿੰਘ …: [3, 544, 181, 590]
list-item: ☛ I Balbir Singh S/o Ajmer Singh residen…: [563, 2007, 744, 2056]
list-item: ☛ ਮੈਂ ਪੱਪੀ ਮਸੀਹ ਵਾਸੀ Lamin ਜ਼ਿਲਾ ਗੁਰਦਾਸਪ…: [189, 650, 367, 696]
pointing-hand-icon: ☛: [755, 988, 766, 998]
pointing-hand-icon: ☛: [1144, 1595, 1156, 1605]
list-item: ☛ ਮੈਂ ਨਿਰਮਲ ਸਿੰਘ ਪੁੱਤਰ ਸ਼੍ਰੀ ਰਤਨ ਸਿੰਘ ਵਾ…: [755, 880, 1130, 941]
pointing-hand-icon: ☛: [3, 348, 17, 359]
entry-text: ਮੈਂ ਕਰਨ ਪੁੱਤਰ ਸ਼ਿੰਦਰਪਾਲ ਵਾਸੀ ਨੇੜੇ ਬੌਬੀ ਦ…: [189, 485, 367, 527]
list-item: ☛ ਮੈਂ ਹਰਵਿੰਦਰ ਸਿੰਘ ਪੁੱਤਰ ਜਗਤਾਰ ਸਿੰਘ ਵਾਸੀ…: [373, 269, 555, 314]
entry-text: I Motiur Rahman S/o ALI Hussain Ansari R…: [1144, 1970, 1510, 2071]
notice-org: ਨਗਰ ਨਿਗਮ, ਲੁਧਿਆਣਾ: [1238, 608, 1311, 621]
page-number: 2: [0, 0, 47, 57]
pointing-hand-icon: ☛: [563, 1546, 576, 1556]
notice-title: Public Notice: [1155, 1256, 1311, 1277]
entry-text: sahib, have Changed my name from Balbir …: [563, 103, 744, 132]
list-item: ☛ ਮੈਂ Gurmel ਕੌਰ ਪਤਨੀ ਪਰਮਿੰਦਰ ਸਿੰਘ ਵਾਸੀ …: [3, 1000, 181, 1046]
pointing-hand-icon: ☛: [755, 823, 767, 833]
list-item: ☛ ਮੈਂ ਸਾਹਿਲ ਪੁੱਤਰ ਪ੍ਰੀਤਮ ਲਾਲ ਵਾਸੀ 3191 ਸ…: [189, 255, 367, 300]
district-magistrate-notice: ਦਫ਼ਤਰ ਜ਼ਿਲ੍ਹਾ ਮੈਜਿਸਟ੍ਰੇਟ ਸਾਹਿਬਜ਼ਾਦਾ ਅਜੀਤ…: [1335, 638, 1510, 1073]
entry-text: ਅਸੀ ਪਵਨ ਕੁਮਾਰ ਅਤੇ ਰਾਜ ਰਾਣੀ ਪਤਨੀ ਪਵਨ ਕੁਮਾ…: [755, 255, 1130, 298]
pointing-hand-icon: ☛: [3, 760, 17, 770]
list-item: ☛ I Reetu Chadha W/o Harish Chadha H.No.…: [563, 1360, 744, 1460]
pointing-hand-icon: ☛: [563, 868, 578, 877]
masthead-email[interactable]: E.mail : rozanapehredar@gmail.com: [766, 20, 1076, 52]
list-item: ☛ ਮੈਂ, ਗੋਲੋ ਪਤਨੀ ਦਵਿੰਦਰ ਸਿੰਘ ਵਾਸੀ ਮਕਾਨ ਨ…: [755, 300, 1130, 345]
name-change-heading: ਨਾਮ ਬਦਲੀ...: [3, 170, 367, 204]
entry-text: ਮੈਂ ਸ਼ਿਵ ਕੁਮਾਰ ਪੁੱਤਰ ਮਦਨ ਲਾਲ ਵਾਸੀ 1219/1…: [189, 530, 367, 588]
list-item: ☛ I Kritika D/O Rakesh Sharma R/O B-3/12…: [563, 1625, 744, 1725]
entry-text: ਮੈ ਪਰਮਜੀਤ ਸਿੰਘ ਪੁੱਤਰ ਪਰਸੋਤਮ ਲਾਲ ਵਾ ਜੋਤੀ …: [755, 103, 1130, 161]
notice-ref: ਨੰ.243/ਸਜਬ/D: [1346, 597, 1398, 609]
office-name: ਦਫ਼ਤਰ ਜ਼ਿਲ੍ਹਾ ਮੈਜਿਸਟ੍ਰੇਟ ਸਾਹਿਬਜ਼ਾਦਾ ਅਜੀਤ…: [1346, 648, 1499, 678]
list-item: ☛ I, Sandeep Kaur W/O Gagandeep Singh Dh…: [563, 947, 744, 1029]
entry-text: I Swati W/o Dimple Gupta R/o St No. 7, W…: [563, 1461, 744, 1540]
list-item: ☛ ਮੈਂ Paramjit Singh ਪੁੱਤਰ ਗੁਰਦੇਵ ਸਿੰਘ ਵ…: [373, 512, 555, 558]
